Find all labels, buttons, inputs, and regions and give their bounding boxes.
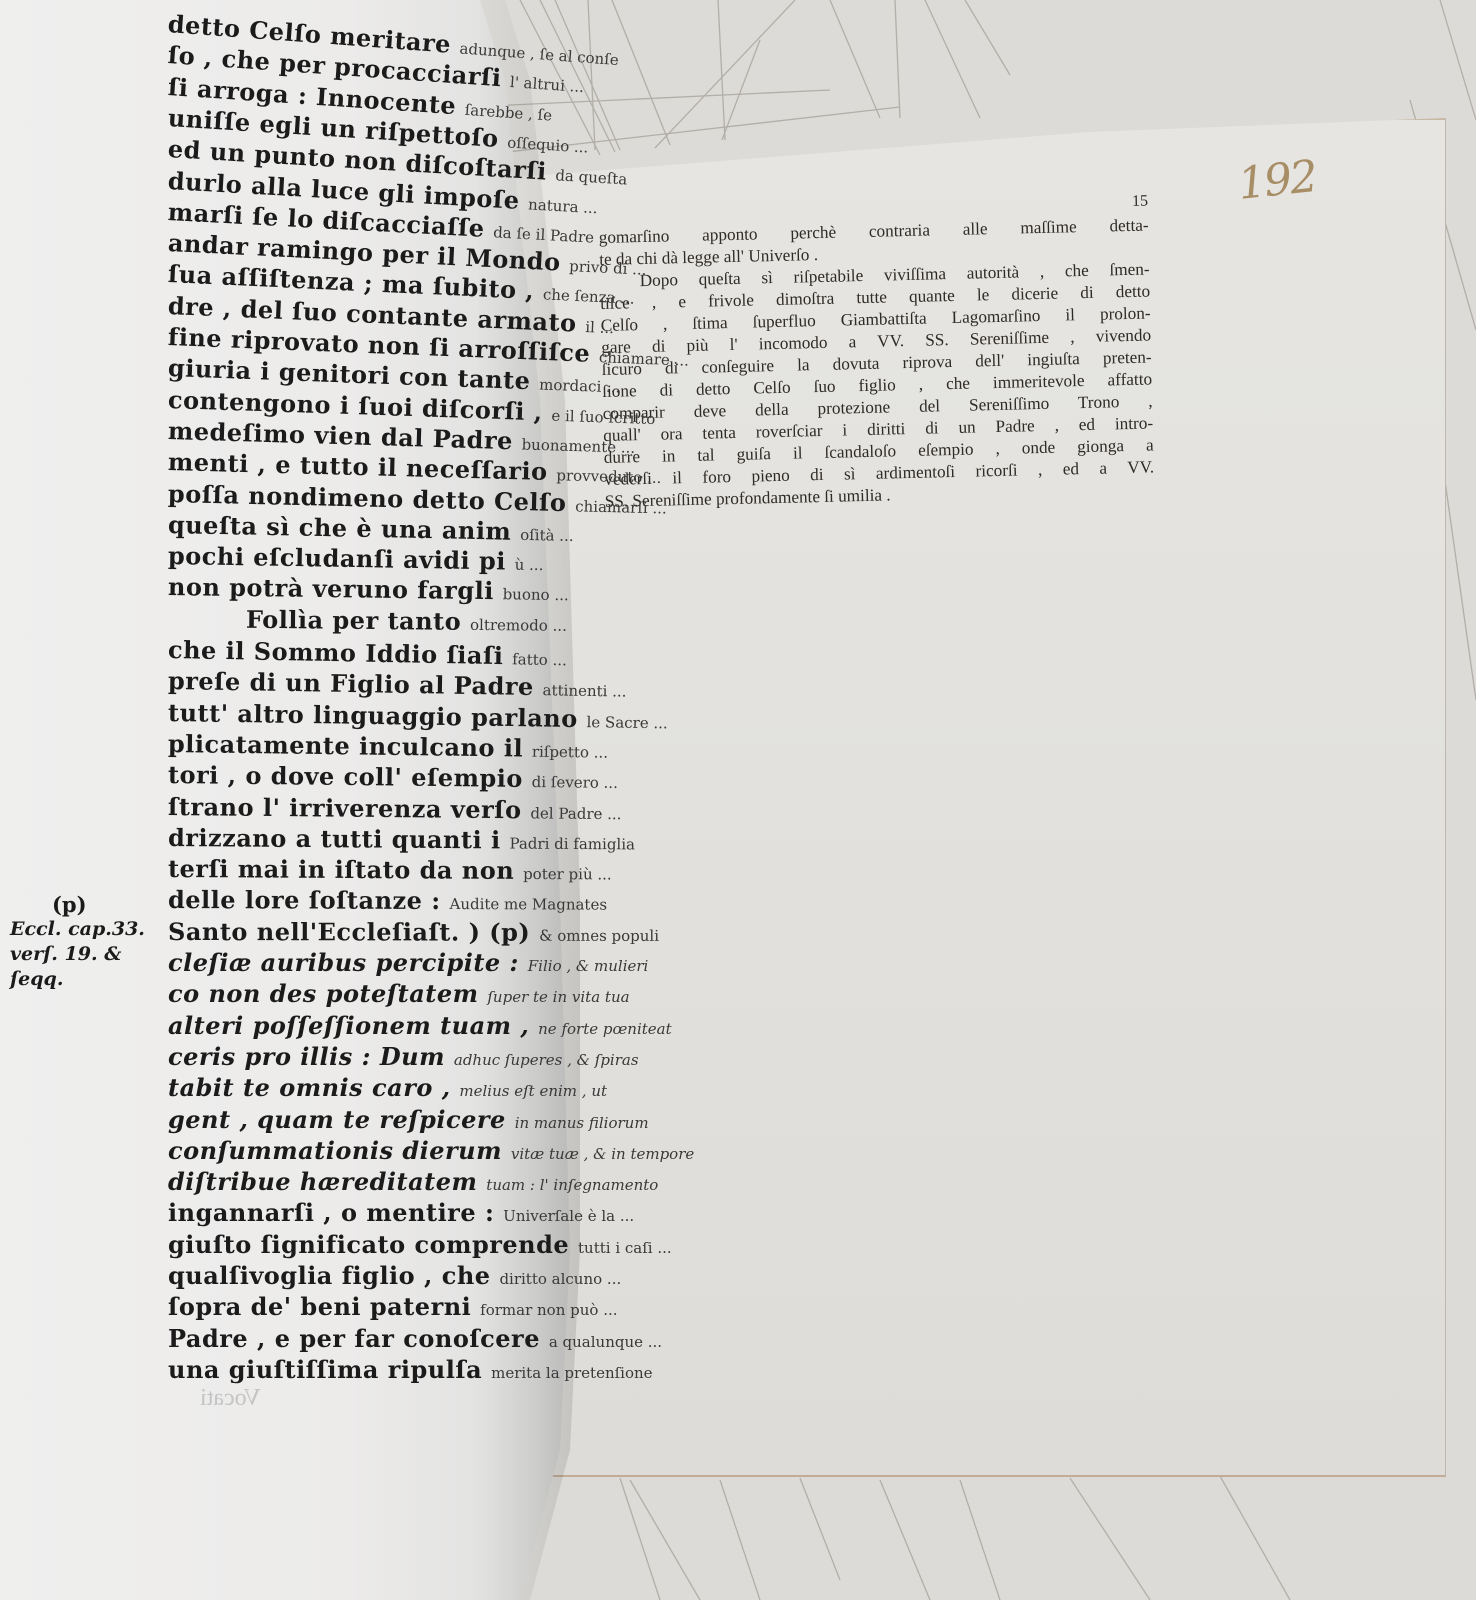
text-line: non potrà veruno fargli buono ... bbox=[168, 571, 569, 607]
text-curled: privo di ... bbox=[569, 257, 647, 279]
text-curled: Audite me Magnates bbox=[449, 895, 607, 914]
text-main: una giuſtiſſima ripulſa bbox=[168, 1355, 491, 1384]
paragraph-closing: Dopo queſta sì riſpetabile viviſſima aut… bbox=[599, 259, 1154, 513]
text-line: ceris pro illis : Dum adhuc ſuperes , & … bbox=[168, 1041, 639, 1072]
text-main: Follìa per tanto bbox=[246, 604, 470, 635]
page-number: 15 bbox=[1132, 191, 1148, 213]
margin-note-line: verſ. 19. & bbox=[10, 942, 160, 967]
text-curled: buonamente ... bbox=[521, 435, 635, 456]
text-line: drizzano a tutti quanti i Padri di famig… bbox=[168, 822, 635, 857]
text-curled: ſuper te in vita tua bbox=[487, 988, 629, 1006]
text-curled: l' altrui ... bbox=[509, 73, 584, 96]
text-curled: ne forte pœniteat bbox=[538, 1020, 672, 1038]
text-curled: diritto alcuno ... bbox=[499, 1270, 621, 1288]
text-line: gent , quam te reſpicere in manus filior… bbox=[168, 1104, 649, 1135]
text-curled: riſpetto ... bbox=[532, 743, 608, 762]
text-curled: formar non può ... bbox=[480, 1301, 617, 1319]
text-main: drizzano a tutti quanti i bbox=[168, 823, 510, 855]
text-curled: chiamare ... bbox=[599, 348, 690, 370]
handwritten-folio-number: 192 bbox=[1236, 151, 1319, 210]
text-curled: a qualunque ... bbox=[549, 1333, 662, 1351]
text-main: tori , o dove coll' eſempio bbox=[168, 760, 532, 793]
text-main: gent , quam te reſpicere bbox=[168, 1105, 515, 1134]
text-main: pochi eſcludanſi avidi pi bbox=[168, 541, 515, 576]
text-line: una giuſtiſſima ripulſa merita la preten… bbox=[168, 1354, 653, 1385]
text-main: diſtribue hæreditatem bbox=[168, 1167, 486, 1196]
text-line: qualſivoglia figlio , che diritto alcuno… bbox=[168, 1260, 621, 1291]
catchword-show-through: Vocati bbox=[200, 1385, 261, 1412]
text-main: non potrà veruno fargli bbox=[168, 572, 503, 605]
text-curled: oſità ... bbox=[520, 526, 574, 545]
text-main: plicatamente inculcano il bbox=[168, 729, 532, 763]
text-line: co non des poteſtatem ſuper te in vita t… bbox=[168, 978, 630, 1009]
text-curled: fatto ... bbox=[512, 650, 567, 669]
text-curled: provveduto ... bbox=[556, 466, 661, 487]
margin-note: (p) Eccl. cap.33. verſ. 19. & ſeqq. bbox=[10, 892, 160, 992]
text-main: ſtrano l' irriverenza verſo bbox=[168, 792, 531, 824]
margin-note-line: ſeqq. bbox=[10, 967, 160, 992]
text-main: preſe di un Figlio al Padre bbox=[168, 666, 543, 701]
text-line: alteri poſſeſſionem tuam , ne forte pœni… bbox=[168, 1010, 672, 1041]
text-main: ingannarſi , o mentire : bbox=[168, 1198, 503, 1227]
text-line: diſtribue hæreditatem tuam : l' inſegnam… bbox=[168, 1166, 658, 1197]
text-curled: tutti i caſi ... bbox=[578, 1239, 672, 1257]
text-curled: oltremodo ... bbox=[470, 616, 567, 635]
text-line: cleſiæ auribus percipite : Filio , & mul… bbox=[168, 947, 648, 978]
text-curled: natura ... bbox=[528, 195, 598, 217]
text-main: cleſiæ auribus percipite : bbox=[168, 948, 528, 977]
text-curled: Filio , & mulieri bbox=[528, 957, 649, 975]
text-curled: chiamarſi ... bbox=[575, 497, 667, 517]
text-line: ſtrano l' irriverenza verſo del Padre ..… bbox=[168, 791, 622, 826]
text-main: Santo nell'Eccleſiaſt. ) (p) bbox=[168, 917, 539, 947]
text-line: delle lore ſoſtanze : Audite me Magnates bbox=[168, 884, 607, 917]
margin-note-line: Eccl. cap.33. bbox=[10, 917, 160, 942]
text-main: conſummationis dierum bbox=[168, 1136, 511, 1165]
text-main: qualſivoglia figlio , che bbox=[168, 1261, 499, 1290]
text-main: Padre , e per far conoſcere bbox=[168, 1324, 549, 1353]
text-main: tutt' altro linguaggio parlano bbox=[168, 698, 587, 733]
text-curled: & omnes populi bbox=[539, 926, 659, 944]
text-line: Padre , e per far conoſcere a qualunque … bbox=[168, 1323, 662, 1354]
text-curled: da queſta bbox=[555, 166, 628, 188]
text-curled: le Sacre ... bbox=[586, 713, 667, 732]
text-main: terſi mai in iſtato da non bbox=[168, 854, 523, 885]
text-curled: tuam : l' inſegnamento bbox=[486, 1176, 658, 1194]
text-curled: mordaci ... bbox=[539, 376, 621, 397]
text-curled: che ſenza ... bbox=[543, 286, 635, 308]
text-curled: Padri di famiglia bbox=[509, 834, 635, 853]
text-line: terſi mai in iſtato da non poter più ... bbox=[168, 853, 612, 887]
text-line: tori , o dove coll' eſempio di ſevero ..… bbox=[168, 759, 618, 795]
text-main: giuſto ſignificato comprende bbox=[168, 1230, 578, 1259]
text-main: ceris pro illis : Dum bbox=[168, 1042, 454, 1071]
text-curled: merita la pretenſione bbox=[491, 1364, 652, 1382]
text-curled: ù ... bbox=[515, 556, 544, 574]
text-curled: di ſevero ... bbox=[532, 773, 618, 792]
text-line: Santo nell'Eccleſiaſt. ) (p) & omnes pop… bbox=[168, 916, 659, 948]
text-curled: attinenti ... bbox=[542, 681, 626, 700]
text-curled: adhuc ſuperes , & ſpiras bbox=[454, 1051, 639, 1069]
text-curled: del Padre ... bbox=[530, 804, 621, 823]
text-curled: Univerſale è la ... bbox=[503, 1207, 634, 1225]
text-curled: melius eſt enim , ut bbox=[459, 1082, 607, 1100]
text-curled: vitæ tuæ , & in tempore bbox=[511, 1145, 694, 1163]
text-main: delle lore ſoſtanze : bbox=[168, 885, 450, 915]
text-curled: poter più ... bbox=[523, 865, 612, 883]
text-line: ingannarſi , o mentire : Univerſale è la… bbox=[168, 1197, 634, 1228]
text-curled: il ... bbox=[585, 318, 614, 337]
text-curled: e il ſuo ſcritto bbox=[551, 406, 656, 427]
footnote-mark: (p) bbox=[10, 892, 160, 917]
text-line: conſummationis dierum vitæ tuæ , & in te… bbox=[168, 1135, 694, 1166]
text-curled: buono ... bbox=[503, 586, 569, 605]
text-line: giuſto ſignificato comprende tutti i caſ… bbox=[168, 1229, 672, 1260]
text-curled: in manus filiorum bbox=[515, 1114, 649, 1132]
text-line: tabit te omnis caro , melius eſt enim , … bbox=[168, 1072, 607, 1103]
text-main: co non des poteſtatem bbox=[168, 979, 487, 1008]
text-main: alteri poſſeſſionem tuam , bbox=[168, 1011, 538, 1040]
text-line: ſopra de' beni paterni formar non può ..… bbox=[168, 1291, 618, 1322]
text-main: tabit te omnis caro , bbox=[168, 1073, 459, 1102]
text-line: Follìa per tanto oltremodo ... bbox=[168, 603, 567, 638]
text-main: ſopra de' beni paterni bbox=[168, 1292, 480, 1321]
